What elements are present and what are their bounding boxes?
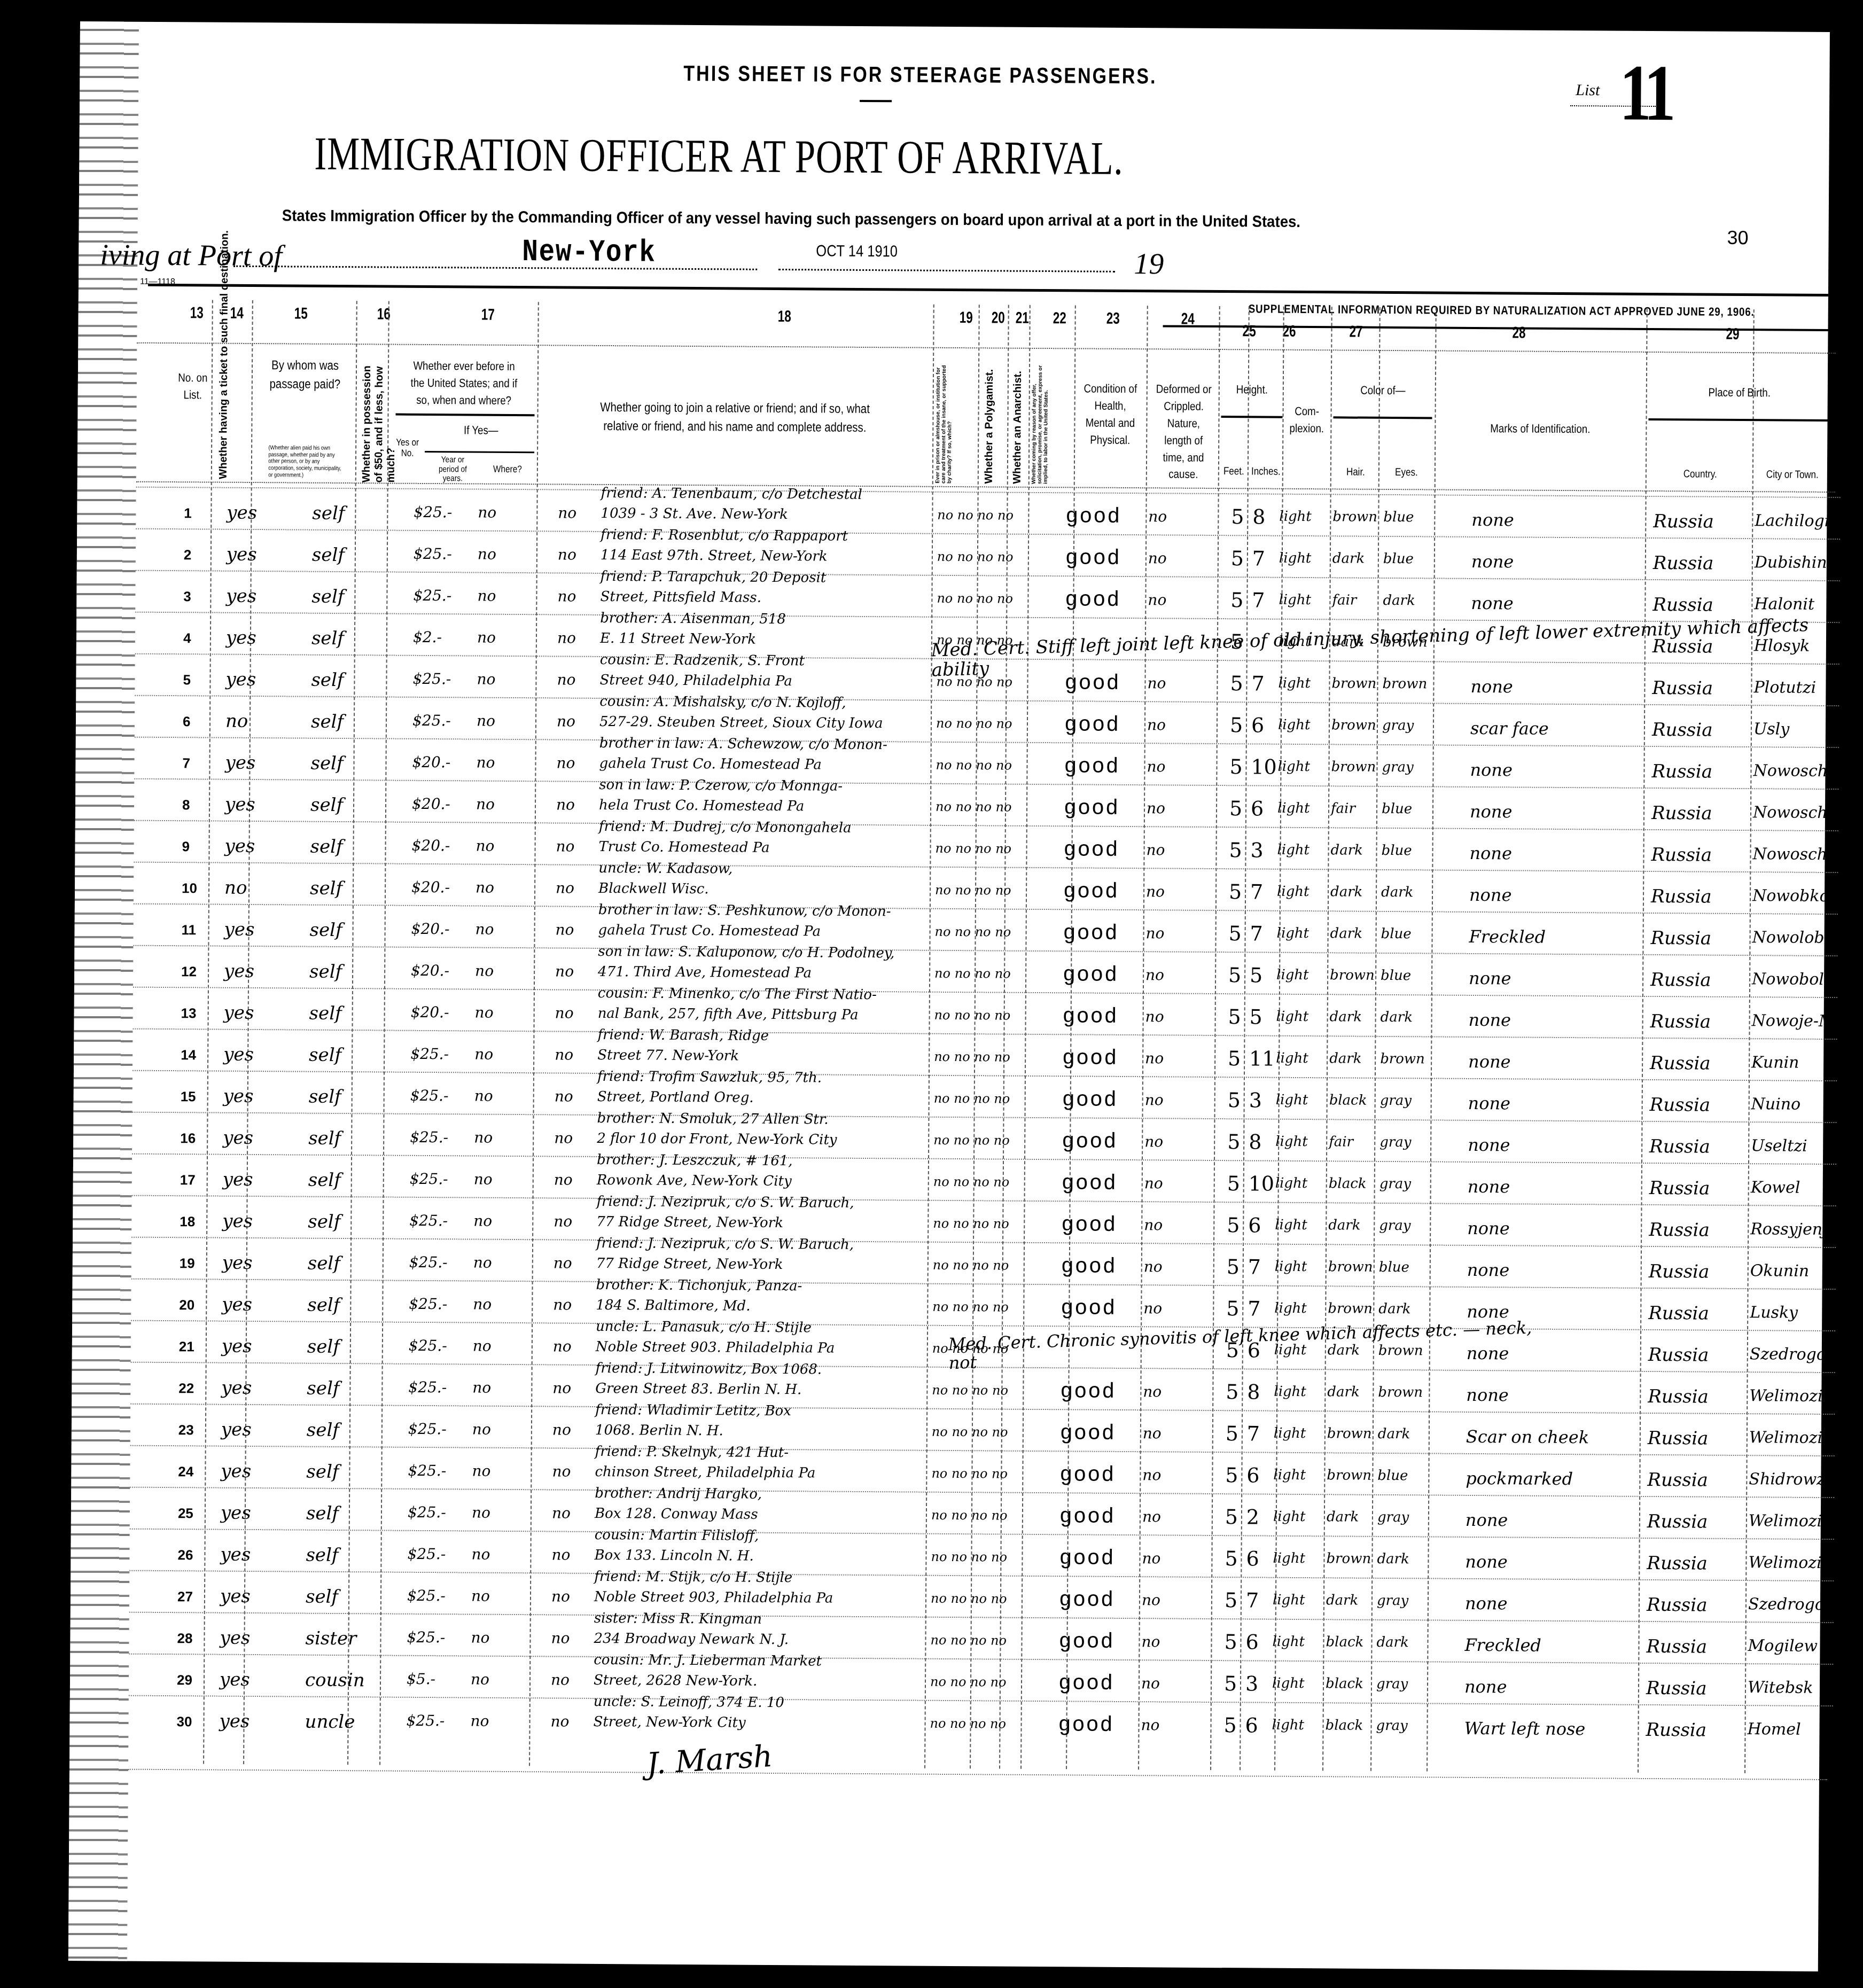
cell-before-where: no: [555, 1087, 573, 1105]
cell-q19-22: no no no no: [931, 1549, 1007, 1565]
cell-paid-by: self: [307, 1378, 339, 1399]
cell-money: $5.-: [407, 1670, 435, 1688]
cell-join-line-2: Street, Pittsfield Mass.: [600, 589, 761, 606]
cell-join-line-2: Street, Portland Oreg.: [597, 1089, 754, 1106]
cell-no: 3: [183, 588, 191, 605]
cell-paid-by: self: [310, 836, 342, 857]
cell-health: good: [1065, 547, 1121, 571]
cell-paid-by: self: [309, 1044, 341, 1066]
cell-no: 29: [177, 1672, 192, 1688]
cell-health: good: [1063, 963, 1118, 988]
cell-ticket: yes: [223, 1169, 253, 1190]
date-field-line: [778, 269, 1115, 272]
cell-join-line-1: son in law: S. Kaluponow, c/o H. Podolne…: [598, 944, 894, 961]
cell-feet: 5: [1231, 505, 1244, 528]
cell-before-yes-no: no: [475, 1004, 494, 1022]
cell-join-line-1: friend: J. Nezipruk, c/o S. W. Baruch,: [596, 1194, 854, 1211]
cell-deformed: no: [1142, 1508, 1161, 1525]
cell-ticket: yes: [222, 1294, 252, 1315]
cell-deformed: no: [1143, 1299, 1162, 1317]
cell-eyes: dark: [1381, 884, 1414, 900]
cell-ticket: yes: [221, 1377, 252, 1399]
cell-health: good: [1063, 1005, 1118, 1030]
cell-money: $20.-: [411, 920, 450, 938]
cell-eyes: blue: [1381, 926, 1412, 942]
cell-marks: none: [1468, 1135, 1510, 1155]
col-header-17: Whether ever before in the United States…: [406, 357, 522, 409]
cell-health: good: [1062, 1172, 1117, 1196]
cell-money: $25.-: [412, 712, 451, 729]
col-num-13: 13: [190, 304, 204, 322]
cell-ticket: yes: [220, 1627, 250, 1649]
cell-country: Russia: [1651, 761, 1712, 783]
cell-ticket: yes: [225, 794, 255, 815]
cell-deformed: no: [1145, 1008, 1164, 1025]
cell-before-where: no: [555, 1004, 574, 1022]
col-header-19: Ever in prison or almshouse, or institut…: [935, 361, 976, 484]
cell-q19-22: no no no no: [931, 1466, 1008, 1482]
cell-before-where: no: [558, 545, 576, 563]
cell-ticket: yes: [220, 1586, 251, 1607]
cell-before-where: no: [554, 1254, 572, 1272]
cell-feet: 5: [1226, 1297, 1239, 1320]
cell-deformed: no: [1144, 1133, 1163, 1150]
cell-before-where: no: [556, 921, 574, 938]
column-number-row: 13 14 15 16 17 18 19 20 21 22 23 24 25 2…: [137, 294, 1841, 342]
cell-city: Szedrogorzy: [1748, 1595, 1850, 1614]
cell-ticket: yes: [225, 669, 256, 690]
cell-health: good: [1065, 505, 1121, 529]
cell-money: $25.-: [410, 1128, 448, 1146]
cell-money: $25.-: [410, 1087, 449, 1104]
cell-complexion: light: [1277, 925, 1309, 941]
cell-before-yes-no: no: [474, 1087, 493, 1105]
cell-paid-by: self: [309, 1086, 341, 1108]
cell-eyes: dark: [1378, 1301, 1411, 1317]
cell-health: good: [1062, 1088, 1118, 1113]
list-label: List: [1576, 81, 1600, 99]
heading-divider: [860, 100, 892, 102]
col-num-20: 20: [992, 309, 1005, 327]
cell-city: Halonit: [1754, 595, 1814, 614]
cell-ticket: yes: [226, 586, 256, 607]
cell-marks: none: [1471, 593, 1514, 613]
cell-ticket: yes: [224, 1002, 254, 1024]
cell-deformed: no: [1145, 1091, 1164, 1109]
cell-ticket: yes: [219, 1711, 250, 1732]
passenger-table: 1 yes self $25.- no no friend: A. Tenenb…: [136, 487, 1841, 497]
cell-q19-22: no no no no: [931, 1508, 1008, 1523]
cell-paid-by: sister: [305, 1628, 356, 1650]
cell-complexion: light: [1272, 1717, 1304, 1733]
col-29-rule: [1648, 418, 1830, 422]
cell-marks: none: [1469, 1010, 1511, 1030]
cell-complexion: light: [1275, 1217, 1307, 1233]
cell-before-yes-no: no: [471, 1546, 490, 1563]
cell-no: 18: [180, 1213, 195, 1230]
cell-marks: none: [1471, 510, 1514, 530]
cell-city: Nuino: [1751, 1095, 1801, 1114]
cell-join-line-1: friend: J. Litwinowitz, Box 1068.: [596, 1360, 822, 1378]
cell-complexion: light: [1277, 884, 1309, 900]
cell-ticket: no: [224, 877, 247, 899]
cell-money: $25.-: [410, 1045, 449, 1063]
cell-inches: 11: [1249, 1047, 1275, 1070]
cell-eyes: blue: [1381, 968, 1411, 984]
cell-money: $25.-: [414, 545, 452, 563]
cell-complexion: light: [1276, 1092, 1308, 1108]
cell-money: $25.-: [409, 1295, 447, 1313]
col-num-22: 22: [1053, 309, 1066, 328]
cell-feet: 5: [1228, 922, 1241, 945]
cell-before-where: no: [556, 879, 574, 896]
cell-join-line-2: Box 128. Conway Mass: [595, 1506, 758, 1523]
cell-deformed: no: [1148, 508, 1167, 525]
cell-join-line-2: Street 77. New-York: [597, 1047, 739, 1064]
col-num-17: 17: [481, 306, 495, 324]
cell-join-line-1: friend: P. Tarapchuk, 20 Deposit: [601, 568, 827, 586]
cell-before-yes-no: no: [473, 1296, 492, 1313]
cell-join-line-1: friend: M. Stijk, c/o H. Stijle: [594, 1569, 792, 1586]
cell-before-yes-no: no: [473, 1212, 492, 1230]
cell-no: 28: [177, 1630, 192, 1647]
cell-eyes: gray: [1377, 1593, 1408, 1609]
col-num-19: 19: [960, 309, 973, 327]
cell-complexion: light: [1276, 1009, 1309, 1025]
cell-inches: 2: [1246, 1505, 1259, 1529]
cell-eyes: gray: [1376, 1676, 1408, 1692]
cell-city: Nowoscherpje: [1753, 803, 1863, 822]
cell-city: Nowolobowitzi: [1752, 928, 1863, 947]
cell-q19-22: no no no no: [936, 758, 1012, 773]
cell-marks: none: [1470, 676, 1513, 697]
cell-marks: none: [1469, 843, 1512, 863]
cell-paid-by: self: [309, 1003, 342, 1024]
cell-deformed: no: [1143, 1383, 1162, 1400]
cell-hair: brown: [1328, 1259, 1373, 1275]
cell-complexion: light: [1274, 1300, 1307, 1316]
cell-q19-22: no no no no: [930, 1633, 1007, 1648]
cell-feet: 5: [1225, 1547, 1237, 1570]
col-header-17-yes-no: Yes or No.: [395, 438, 420, 459]
cell-no: 23: [178, 1422, 194, 1438]
cell-join-line-1: cousin: A. Mishalsky, c/o N. Kojloff,: [599, 693, 846, 711]
cell-complexion: light: [1273, 1550, 1305, 1566]
cell-no: 2: [184, 547, 192, 563]
cell-marks: none: [1467, 1218, 1510, 1238]
cell-money: $25.-: [409, 1212, 448, 1229]
cell-health: good: [1061, 1255, 1117, 1280]
cell-eyes: gray: [1376, 1718, 1407, 1734]
cell-feet: 5: [1223, 1713, 1236, 1737]
cell-money: $20.-: [411, 962, 449, 979]
cell-paid-by: self: [311, 669, 344, 691]
cell-join-line-2: Trust Co. Homestead Pa: [598, 839, 769, 856]
cell-hair: dark: [1330, 884, 1363, 900]
cell-paid-by: self: [308, 1211, 340, 1233]
cell-paid-by: self: [307, 1295, 340, 1316]
cell-complexion: light: [1279, 592, 1311, 608]
cell-ticket: yes: [221, 1419, 252, 1440]
col-header-24: Deformed or Crippled. Nature, length of …: [1154, 380, 1214, 483]
cell-join-line-2: Street, New-York City: [593, 1714, 745, 1731]
cell-paid-by: self: [306, 1586, 338, 1608]
cell-hair: brown: [1330, 967, 1375, 984]
cell-complexion: light: [1273, 1509, 1306, 1525]
cell-q19-22: no no no no: [930, 1716, 1006, 1732]
header-rule: [148, 284, 1831, 297]
cell-hair: dark: [1330, 1009, 1362, 1025]
cell-paid-by: self: [309, 919, 342, 941]
cell-hair: black: [1329, 1175, 1367, 1191]
cell-country: Russia: [1648, 1428, 1709, 1449]
cell-country: Russia: [1651, 886, 1712, 908]
cell-inches: 8: [1249, 1130, 1261, 1153]
cell-country: Russia: [1652, 719, 1713, 741]
cell-before-yes-no: no: [476, 754, 495, 771]
cell-join-line-1: cousin: F. Minenko, c/o The First Natio-: [598, 985, 877, 1003]
cell-health: good: [1059, 1463, 1115, 1488]
cell-deformed: no: [1145, 966, 1164, 984]
cell-feet: 5: [1226, 1422, 1238, 1445]
cell-health: good: [1065, 588, 1120, 613]
cell-deformed: no: [1144, 1216, 1163, 1234]
cell-eyes: gray: [1382, 718, 1414, 734]
cell-hair: black: [1329, 1092, 1367, 1108]
cell-feet: 5: [1230, 672, 1243, 695]
col-num-18: 18: [778, 308, 791, 326]
cell-city: Plotutzi: [1753, 678, 1816, 697]
cell-no: 30: [176, 1713, 192, 1730]
cell-before-where: no: [553, 1337, 572, 1355]
cell-eyes: dark: [1376, 1634, 1409, 1650]
column-number-divider: [137, 342, 1836, 354]
cell-hair: brown: [1331, 717, 1376, 734]
cell-join-line-2: Box 133. Lincoln N. H.: [594, 1547, 753, 1564]
cell-join-line-2: 2 flor 10 dor Front, New-York City: [597, 1131, 837, 1148]
col-num-14: 14: [230, 305, 244, 323]
cell-city: Szedrogorzy: [1750, 1345, 1851, 1364]
cell-city: Homel: [1747, 1720, 1800, 1739]
cell-complexion: light: [1278, 675, 1311, 691]
cell-join-line-2: 77 Ridge Street, New-York: [596, 1256, 783, 1273]
cell-marks: none: [1468, 1093, 1511, 1113]
cell-no: 20: [179, 1297, 194, 1313]
cell-join-line-2: Noble Street 903, Philadelphia Pa: [594, 1589, 833, 1607]
col-header-13: No. on List.: [177, 369, 209, 403]
cell-inches: 8: [1252, 505, 1265, 528]
cell-q19-22: no no no no: [935, 883, 1011, 898]
cell-inches: 6: [1246, 1547, 1259, 1570]
cell-no: 17: [180, 1172, 196, 1188]
col-header-25-inches: Inches.: [1251, 464, 1281, 479]
cell-country: Russia: [1647, 1594, 1708, 1616]
cell-join-line-2: gahela Trust Co. Homestead Pa: [599, 755, 822, 773]
cell-hair: brown: [1327, 1425, 1372, 1442]
cell-marks: none: [1465, 1593, 1508, 1613]
col-header-25: Height.: [1226, 381, 1278, 398]
cell-money: $25.-: [408, 1420, 447, 1438]
cell-join-line-1: brother: N. Smoluk, 27 Allen Str.: [597, 1110, 828, 1128]
cell-join-line-1: sister: Miss R. Kingman: [594, 1610, 762, 1627]
cell-country: Russia: [1649, 1261, 1710, 1283]
col-header-16: Whether in possession of $50, and if les…: [361, 360, 385, 482]
cell-feet: 5: [1229, 755, 1242, 778]
cell-join-line-1: brother: A. Aisenman, 518: [600, 610, 786, 627]
cell-feet: 5: [1225, 1588, 1237, 1612]
cell-city: Nowoscherpje: [1753, 761, 1863, 781]
cell-eyes: gray: [1379, 1134, 1411, 1150]
cell-marks: none: [1464, 1677, 1507, 1697]
cell-city: Usly: [1753, 720, 1789, 738]
col-17-rule: [396, 414, 535, 417]
cell-marks: none: [1469, 968, 1511, 988]
cell-before-where: no: [556, 754, 575, 771]
cell-eyes: gray: [1379, 1176, 1411, 1192]
cell-paid-by: self: [306, 1503, 339, 1524]
cell-q19-22: no no no no: [933, 1216, 1009, 1231]
cell-deformed: no: [1148, 549, 1167, 567]
cell-feet: 5: [1227, 1172, 1240, 1195]
cell-hair: brown: [1331, 675, 1376, 692]
cell-hair: dark: [1330, 842, 1363, 858]
cell-country: Russia: [1651, 802, 1712, 824]
arrival-date-stamp: OCT 14 1910: [816, 242, 898, 261]
cell-health: good: [1064, 713, 1120, 738]
cell-join-line-1: brother in law: S. Peshkunow, c/o Monon-: [598, 902, 891, 919]
cell-q19-22: no no no no: [930, 1674, 1007, 1690]
col-header-27-hair: Hair.: [1336, 464, 1375, 480]
cell-money: $25.-: [408, 1462, 446, 1479]
cell-money: $2.-: [413, 628, 442, 646]
cell-health: good: [1058, 1713, 1113, 1738]
list-number-stamp: 11: [1619, 47, 1672, 139]
cell-q19-22: no no no no: [932, 1424, 1008, 1440]
cell-before-where: no: [552, 1421, 571, 1438]
cell-health: good: [1060, 1380, 1116, 1405]
cell-before-yes-no: no: [476, 921, 494, 938]
cell-hair: fair: [1332, 592, 1357, 608]
cell-country: Russia: [1650, 1011, 1711, 1033]
cell-before-where: no: [551, 1546, 570, 1563]
col-num-21: 21: [1016, 309, 1029, 328]
cell-join-line-2: Green Street 83. Berlin N. H.: [595, 1381, 801, 1398]
cell-before-where: no: [554, 1171, 573, 1188]
cell-money: $25.-: [406, 1712, 445, 1729]
cell-join-line-2: 184 S. Baltimore, Md.: [596, 1297, 750, 1314]
cell-join-line-1: brother: J. Leszczuk, # 161,: [597, 1152, 793, 1169]
cell-complexion: light: [1279, 550, 1312, 566]
cell-paid-by: self: [310, 794, 343, 816]
cell-eyes: brown: [1378, 1384, 1423, 1401]
manifest-sheet: THIS SHEET IS FOR STEERAGE PASSENGERS. L…: [68, 21, 1830, 1971]
cell-q19-22: no no no no: [933, 1258, 1009, 1273]
cell-ticket: yes: [223, 1044, 254, 1065]
cell-before-where: no: [557, 587, 576, 605]
cell-before-where: no: [552, 1462, 571, 1480]
cell-country: Russia: [1647, 1511, 1708, 1533]
cell-ticket: yes: [224, 961, 254, 982]
cell-paid-by: self: [306, 1545, 338, 1566]
cell-complexion: light: [1272, 1634, 1305, 1650]
cell-deformed: no: [1141, 1674, 1160, 1692]
cell-paid-by: self: [308, 1170, 341, 1191]
cell-no: 6: [183, 713, 191, 730]
cell-money: $20.-: [411, 837, 450, 854]
cell-city: Nowobolowitzi: [1752, 970, 1863, 989]
cell-health: good: [1063, 922, 1118, 946]
cell-deformed: no: [1143, 1424, 1162, 1442]
cell-inches: 7: [1246, 1588, 1259, 1612]
cell-inches: 7: [1247, 1422, 1260, 1445]
cell-feet: 5: [1231, 547, 1244, 570]
cell-country: Russia: [1650, 969, 1711, 991]
cell-before-where: no: [556, 837, 574, 855]
cell-ticket: yes: [222, 1252, 253, 1274]
cell-hair: dark: [1329, 1050, 1362, 1066]
cell-join-line-1: brother in law: A. Schewzow, c/o Monon-: [599, 735, 887, 753]
cell-inches: 6: [1251, 797, 1264, 820]
cell-no: 22: [178, 1380, 194, 1397]
cell-marks: none: [1471, 551, 1514, 572]
cell-paid-by: self: [311, 711, 344, 732]
cell-deformed: no: [1142, 1591, 1160, 1609]
cell-eyes: blue: [1377, 1468, 1408, 1484]
cell-health: good: [1059, 1505, 1115, 1530]
cell-before-yes-no: no: [476, 796, 495, 813]
cell-join-line-2: Noble Street 903. Philadelphia Pa: [596, 1339, 835, 1356]
cell-before-where: no: [551, 1587, 570, 1605]
cell-hair: black: [1325, 1717, 1363, 1733]
cell-feet: 5: [1230, 713, 1243, 737]
cell-eyes: dark: [1378, 1426, 1410, 1442]
cell-no: 26: [177, 1547, 193, 1563]
cell-join-line-1: friend: F. Rosenblut, c/o Rappaport: [601, 527, 848, 544]
cell-join-line-1: uncle: L. Panasuk, c/o H. Stijle: [596, 1319, 812, 1336]
cell-city: Welimozi: [1749, 1386, 1822, 1406]
cell-deformed: no: [1147, 716, 1166, 734]
cell-join-line-1: brother: K. Tichonjuk, Panza-: [596, 1277, 802, 1294]
cell-no: 15: [181, 1088, 196, 1105]
cell-inches: 7: [1248, 1255, 1261, 1278]
cell-health: good: [1059, 1588, 1114, 1613]
cell-before-yes-no: no: [478, 545, 496, 563]
cell-join-line-2: 527-29. Steuben Street, Sioux City Iowa: [599, 714, 883, 731]
cell-country: Russia: [1648, 1303, 1709, 1324]
cell-no: 16: [180, 1130, 196, 1147]
cell-join-line-2: nal Bank, 257, fifth Ave, Pittsburg Pa: [598, 1005, 859, 1023]
cell-eyes: blue: [1379, 1259, 1409, 1275]
cell-complexion: light: [1272, 1675, 1305, 1691]
cell-eyes: blue: [1381, 843, 1412, 859]
cell-complexion: light: [1277, 800, 1310, 816]
cell-city: Rossyjenj: [1750, 1220, 1827, 1239]
cell-inches: 6: [1251, 713, 1264, 737]
cell-complexion: light: [1273, 1592, 1305, 1608]
cell-health: good: [1058, 1630, 1114, 1655]
cell-no: 1: [184, 505, 192, 521]
cell-join-line-1: son in law: P. Czerow, c/o Monnga-: [599, 777, 843, 794]
col-header-28: Marks of Identification.: [1453, 420, 1627, 438]
cell-hair: brown: [1328, 1300, 1373, 1317]
cell-country: Russia: [1653, 511, 1714, 533]
cell-health: good: [1063, 838, 1119, 863]
cell-q19-22: no no no no: [937, 549, 1014, 565]
cell-feet: 5: [1227, 1213, 1240, 1237]
cell-join-line-1: friend: Trofim Sawzluk, 95, 7th.: [597, 1069, 822, 1086]
cell-inches: 7: [1250, 922, 1262, 945]
cell-before-where: no: [553, 1296, 572, 1313]
